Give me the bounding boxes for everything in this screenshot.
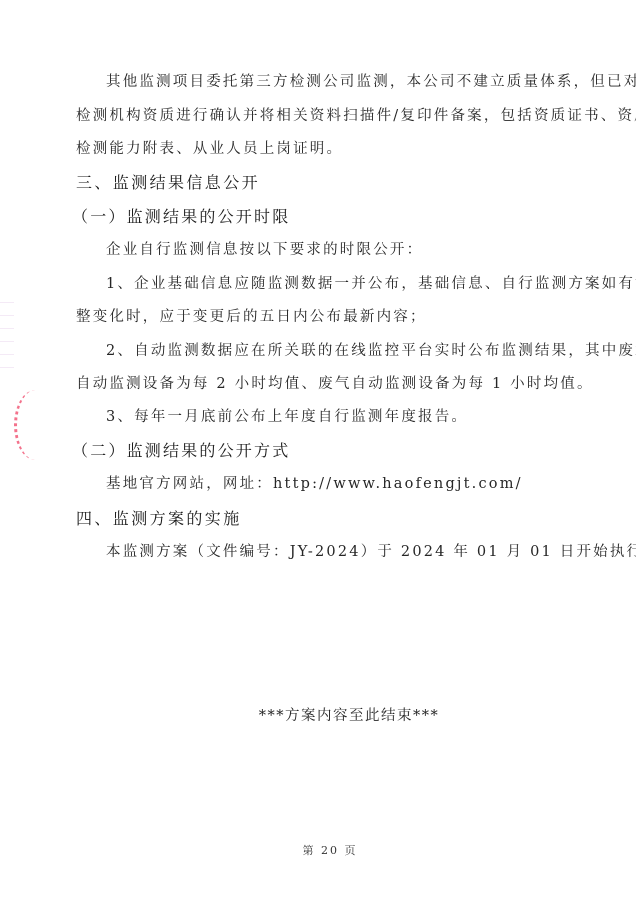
page-footer: 第 20 页 — [0, 842, 636, 858]
scan-edge-marks — [0, 290, 14, 370]
red-seal-fragment — [14, 390, 57, 460]
disclosure-intro: 企业自行监测信息按以下要求的时限公开： — [106, 238, 423, 259]
item-2-line-2: 自动监测设备为每 2 小时均值、废气自动监测设备为每 1 小时均值。 — [76, 372, 594, 393]
item-3: 3、每年一月底前公布上年度自行监测年度报告。 — [106, 405, 468, 426]
section-3-heading: 三、监测结果信息公开 — [76, 170, 260, 193]
website-line: 基地官方网站，网址：http://www.haofengjt.com/ — [106, 472, 523, 493]
document-page: 其他监测项目委托第三方检测公司监测，本公司不建立质量体系，但已对 检测机构资质进… — [0, 0, 636, 904]
item-2-line-1: 2、自动监测数据应在所关联的在线监控平台实时公布监测结果，其中废水 — [106, 339, 636, 360]
paragraph-quality-line-2: 检测机构资质进行确认并将相关资料扫描件/复印件备案，包括资质证书、资质 — [76, 104, 636, 125]
subsection-1-heading: （一）监测结果的公开时限 — [72, 204, 290, 227]
page-number: 第 20 页 — [303, 844, 358, 857]
implementation-text: 本监测方案（文件编号：JY-2024）于 2024 年 01 月 01 日开始执… — [106, 540, 636, 561]
end-of-plan-mark: ***方案内容至此结束*** — [0, 704, 636, 725]
item-1-line-1: 1、企业基础信息应随监测数据一并公布，基础信息、自行监测方案如有调 — [106, 272, 636, 293]
end-of-plan-text: ***方案内容至此结束*** — [259, 708, 440, 724]
item-1-line-2: 整变化时，应于变更后的五日内公布最新内容； — [76, 305, 427, 326]
section-4-heading: 四、监测方案的实施 — [76, 506, 242, 529]
subsection-2-heading: （二）监测结果的公开方式 — [72, 438, 290, 461]
paragraph-quality-line-1: 其他监测项目委托第三方检测公司监测，本公司不建立质量体系，但已对 — [106, 70, 636, 91]
paragraph-quality-line-3: 检测能力附表、从业人员上岗证明。 — [76, 137, 343, 158]
